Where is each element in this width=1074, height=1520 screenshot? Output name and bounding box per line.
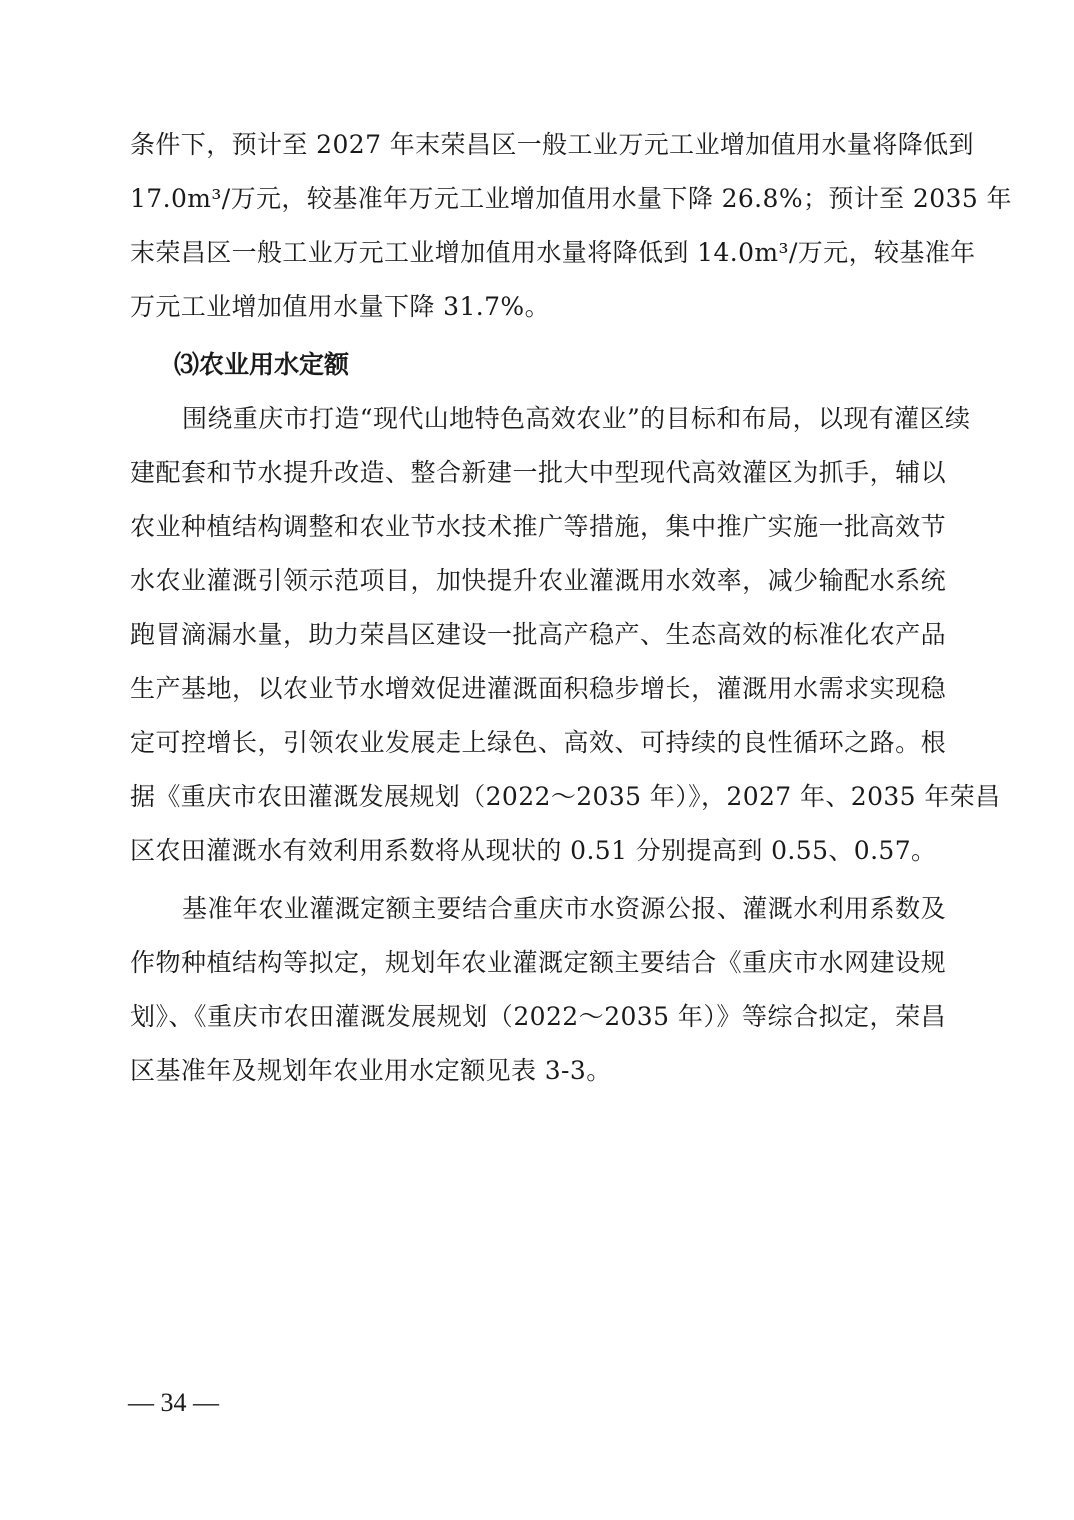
text-line: 划》、《重庆市农田灌溉发展规划（2022～2035 年）》等综合拟定，荣昌 <box>130 990 946 1044</box>
text-line: 生产基地，以农业节水增效促进灌溉面积稳步增长，灌溉用水需求实现稳 <box>130 662 946 716</box>
text-line: 条件下，预计至 2027 年末荣昌区一般工业万元工业增加值用水量将降低到 <box>130 118 946 172</box>
text-line: 万元工业增加值用水量下降 31.7%。 <box>130 280 946 334</box>
text-line: 建配套和节水提升改造、整合新建一批大中型现代高效灌区为抓手，辅以 <box>130 446 946 500</box>
paragraph-industrial-water: 条件下，预计至 2027 年末荣昌区一般工业万元工业增加值用水量将降低到 17.… <box>130 118 946 334</box>
text-line: 作物种植结构等拟定，规划年农业灌溉定额主要结合《重庆市水网建设规 <box>130 936 946 990</box>
section-heading: ⑶农业用水定额 <box>130 338 946 392</box>
text-line: 17.0m³/万元，较基准年万元工业增加值用水量下降 26.8%；预计至 203… <box>130 172 946 226</box>
body-text: 条件下，预计至 2027 年末荣昌区一般工业万元工业增加值用水量将降低到 17.… <box>130 118 946 1098</box>
paragraph-irrigation-quota: 基准年农业灌溉定额主要结合重庆市水资源公报、灌溉水利用系数及 作物种植结构等拟定… <box>130 882 946 1098</box>
text-line: 区农田灌溉水有效利用系数将从现状的 0.51 分别提高到 0.55、0.57。 <box>130 824 946 878</box>
text-line: 定可控增长，引领农业发展走上绿色、高效、可持续的良性循环之路。根 <box>130 716 946 770</box>
text-line: 基准年农业灌溉定额主要结合重庆市水资源公报、灌溉水利用系数及 <box>130 882 946 936</box>
text-line: 跑冒滴漏水量，助力荣昌区建设一批高产稳产、生态高效的标准化农产品 <box>130 608 946 662</box>
text-line: 水农业灌溉引领示范项目，加快提升农业灌溉用水效率，减少输配水系统 <box>130 554 946 608</box>
text-line: 末荣昌区一般工业万元工业增加值用水量将降低到 14.0m³/万元，较基准年 <box>130 226 946 280</box>
text-line: 围绕重庆市打造“现代山地特色高效农业”的目标和布局，以现有灌区续 <box>130 392 946 446</box>
text-line: 据《重庆市农田灌溉发展规划（2022～2035 年）》，2027 年、2035 … <box>130 770 946 824</box>
text-line: 区基准年及规划年农业用水定额见表 3-3。 <box>130 1044 946 1098</box>
text-line: 农业种植结构调整和农业节水技术推广等措施，集中推广实施一批高效节 <box>130 500 946 554</box>
document-page: 条件下，预计至 2027 年末荣昌区一般工业万元工业增加值用水量将降低到 17.… <box>0 0 1074 1520</box>
page-number: — 34 — <box>128 1388 219 1418</box>
paragraph-agricultural-water: 围绕重庆市打造“现代山地特色高效农业”的目标和布局，以现有灌区续 建配套和节水提… <box>130 392 946 878</box>
